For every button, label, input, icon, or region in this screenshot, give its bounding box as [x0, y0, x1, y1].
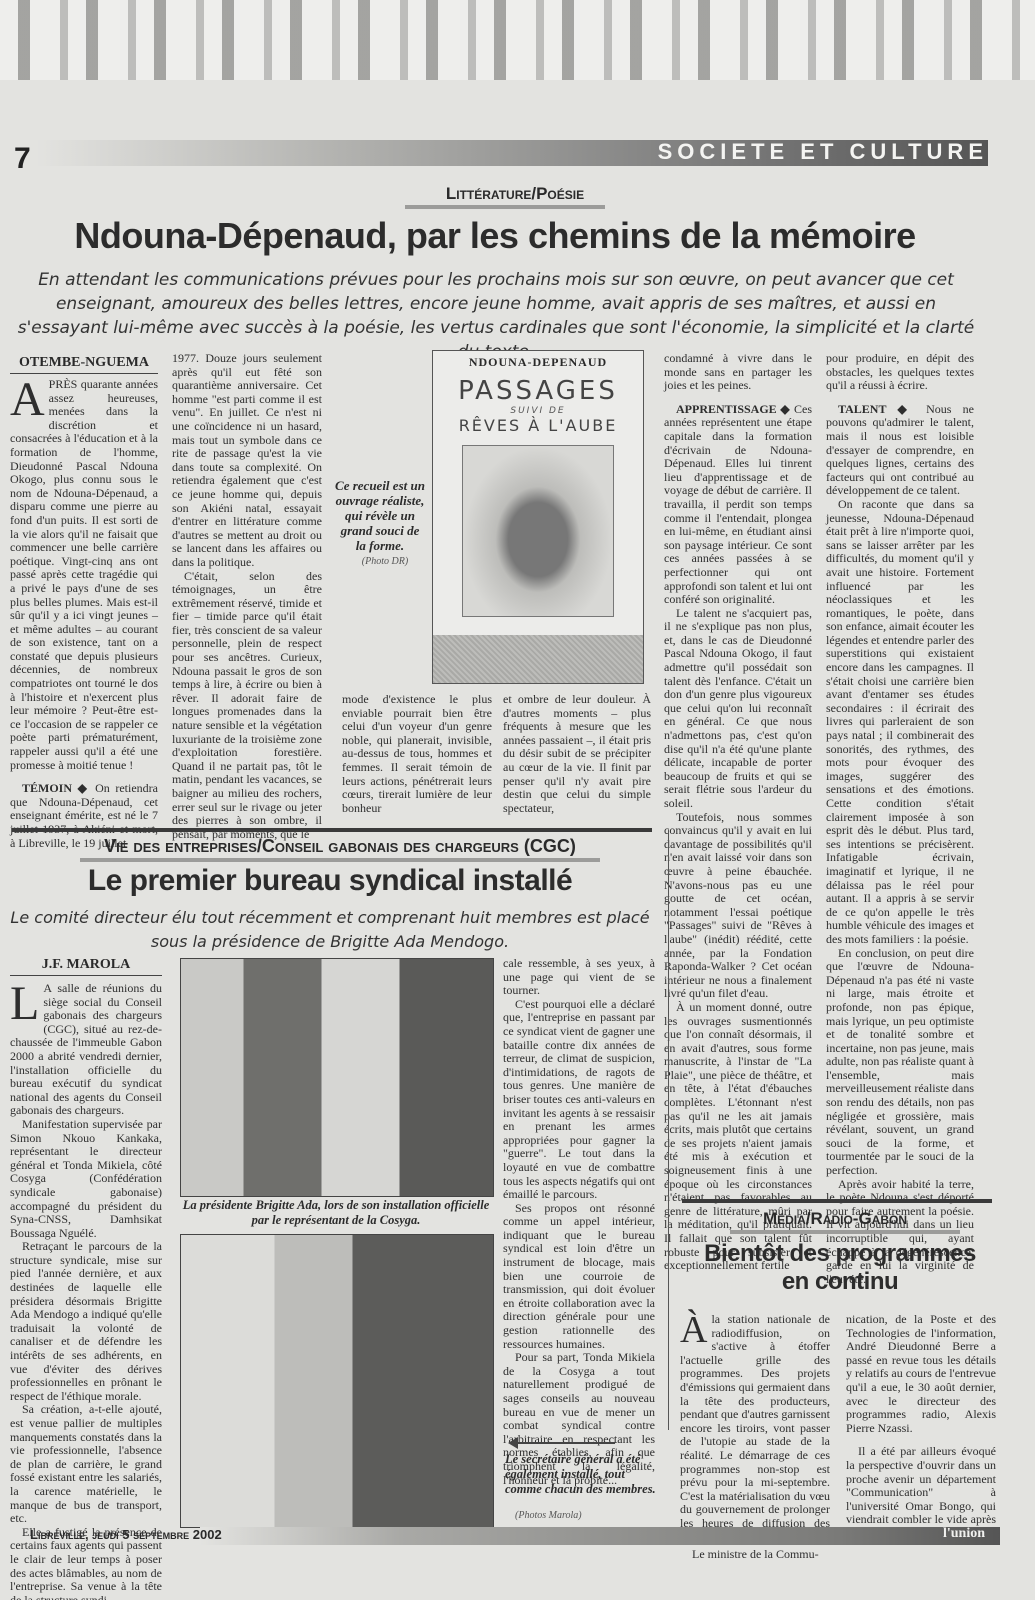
article3-column-2: nication, de la Poste et des Technologie… — [846, 1313, 996, 1541]
book-footer-band — [433, 635, 643, 683]
article2-kicker: Vie des entreprises/Conseil gabonais des… — [40, 836, 640, 857]
footer-date: Libreville, jeudi 5 septembre 2002 — [30, 1527, 222, 1542]
section-divider — [12, 828, 652, 832]
article1-column-1: APRÈS quarante années assez heureuses, m… — [10, 378, 158, 850]
photo1-caption: La présidente Brigitte Ada, lors de son … — [180, 1198, 492, 1228]
photo-secretary-general — [180, 1234, 494, 1528]
section-rubric: SOCIETE ET CULTURE — [658, 139, 988, 165]
book-subtitle: RÊVES À L'AUBE — [433, 416, 643, 435]
article3-kicker: Média/Radio-Gabon — [680, 1209, 990, 1229]
subhead-temoin: TÉMOIN ◆ — [22, 781, 89, 795]
arrow-head-icon — [508, 1437, 518, 1449]
book-cover-image: NDOUNA-DEPENAUD PASSAGES SUIVI DE RÊVES … — [432, 350, 644, 684]
article1-kicker: Littérature/Poésie — [380, 184, 650, 204]
footer-bar — [200, 1527, 1000, 1545]
article1-column-2: 1977. Douze jours seulement après qu'il … — [172, 352, 322, 841]
article2-column-2: cale ressemble, à ses yeux, à une page q… — [503, 957, 655, 1487]
article3-headline: Bientôt des programmes en continu — [680, 1240, 1000, 1296]
sculpture-illustration — [462, 445, 614, 617]
photo2-caption: Le secrétaire général a été également in… — [505, 1452, 657, 1497]
article2-column-1: LA salle de réunions du siège social du … — [10, 982, 162, 1600]
article2-byline: J.F. MAROLA — [10, 957, 162, 976]
scan-top-edge — [0, 0, 1035, 80]
kicker-underline — [405, 205, 605, 209]
book-author: NDOUNA-DEPENAUD — [433, 355, 643, 370]
dropcap: A — [10, 380, 45, 420]
article1-byline: OTEMBE-NGUEMA — [10, 355, 158, 374]
subhead-talent: TALENT ◆ — [838, 402, 915, 416]
article1-column-6: pour produire, en dépit des obstacles, l… — [826, 352, 974, 1286]
newspaper-brand: l'union — [943, 1526, 985, 1542]
article1-column-5: condamné à vivre dans le monde sans en p… — [664, 352, 812, 1273]
kicker-underline — [730, 1230, 960, 1234]
photo2-credit: (Photos Marola) — [515, 1510, 582, 1521]
book-title: PASSAGES — [433, 376, 643, 406]
page-number: 7 — [14, 142, 31, 176]
article2-deck: Le comité directeur élu tout récemment e… — [10, 906, 650, 954]
book-caption: Ce recueil est un ouvrage réaliste, qui … — [335, 478, 425, 553]
subhead-apprentissage: APPRENTISSAGE ◆ — [676, 402, 790, 416]
article1-headline: Ndouna-Dépenaud, par les chemins de la m… — [0, 214, 990, 258]
column-divider — [668, 830, 669, 1430]
article1-column-3: mode d'existence le plus enviable pourra… — [342, 693, 492, 815]
book-suivi: SUIVI DE — [433, 406, 643, 416]
dropcap: L — [10, 984, 39, 1024]
article1-column-4: et ombre de leur douleur. À d'autres mom… — [503, 693, 651, 815]
photo-president-installation — [180, 958, 494, 1197]
section-divider — [682, 1199, 992, 1203]
article3-column-1: Àla station nationale de radiodiffusion,… — [680, 1313, 830, 1562]
photo-credit: (Photo DR) — [350, 556, 420, 567]
arrow-left-icon — [515, 1442, 615, 1444]
dropcap: À — [680, 1315, 707, 1345]
article2-headline: Le premier bureau syndical installé — [30, 862, 630, 900]
